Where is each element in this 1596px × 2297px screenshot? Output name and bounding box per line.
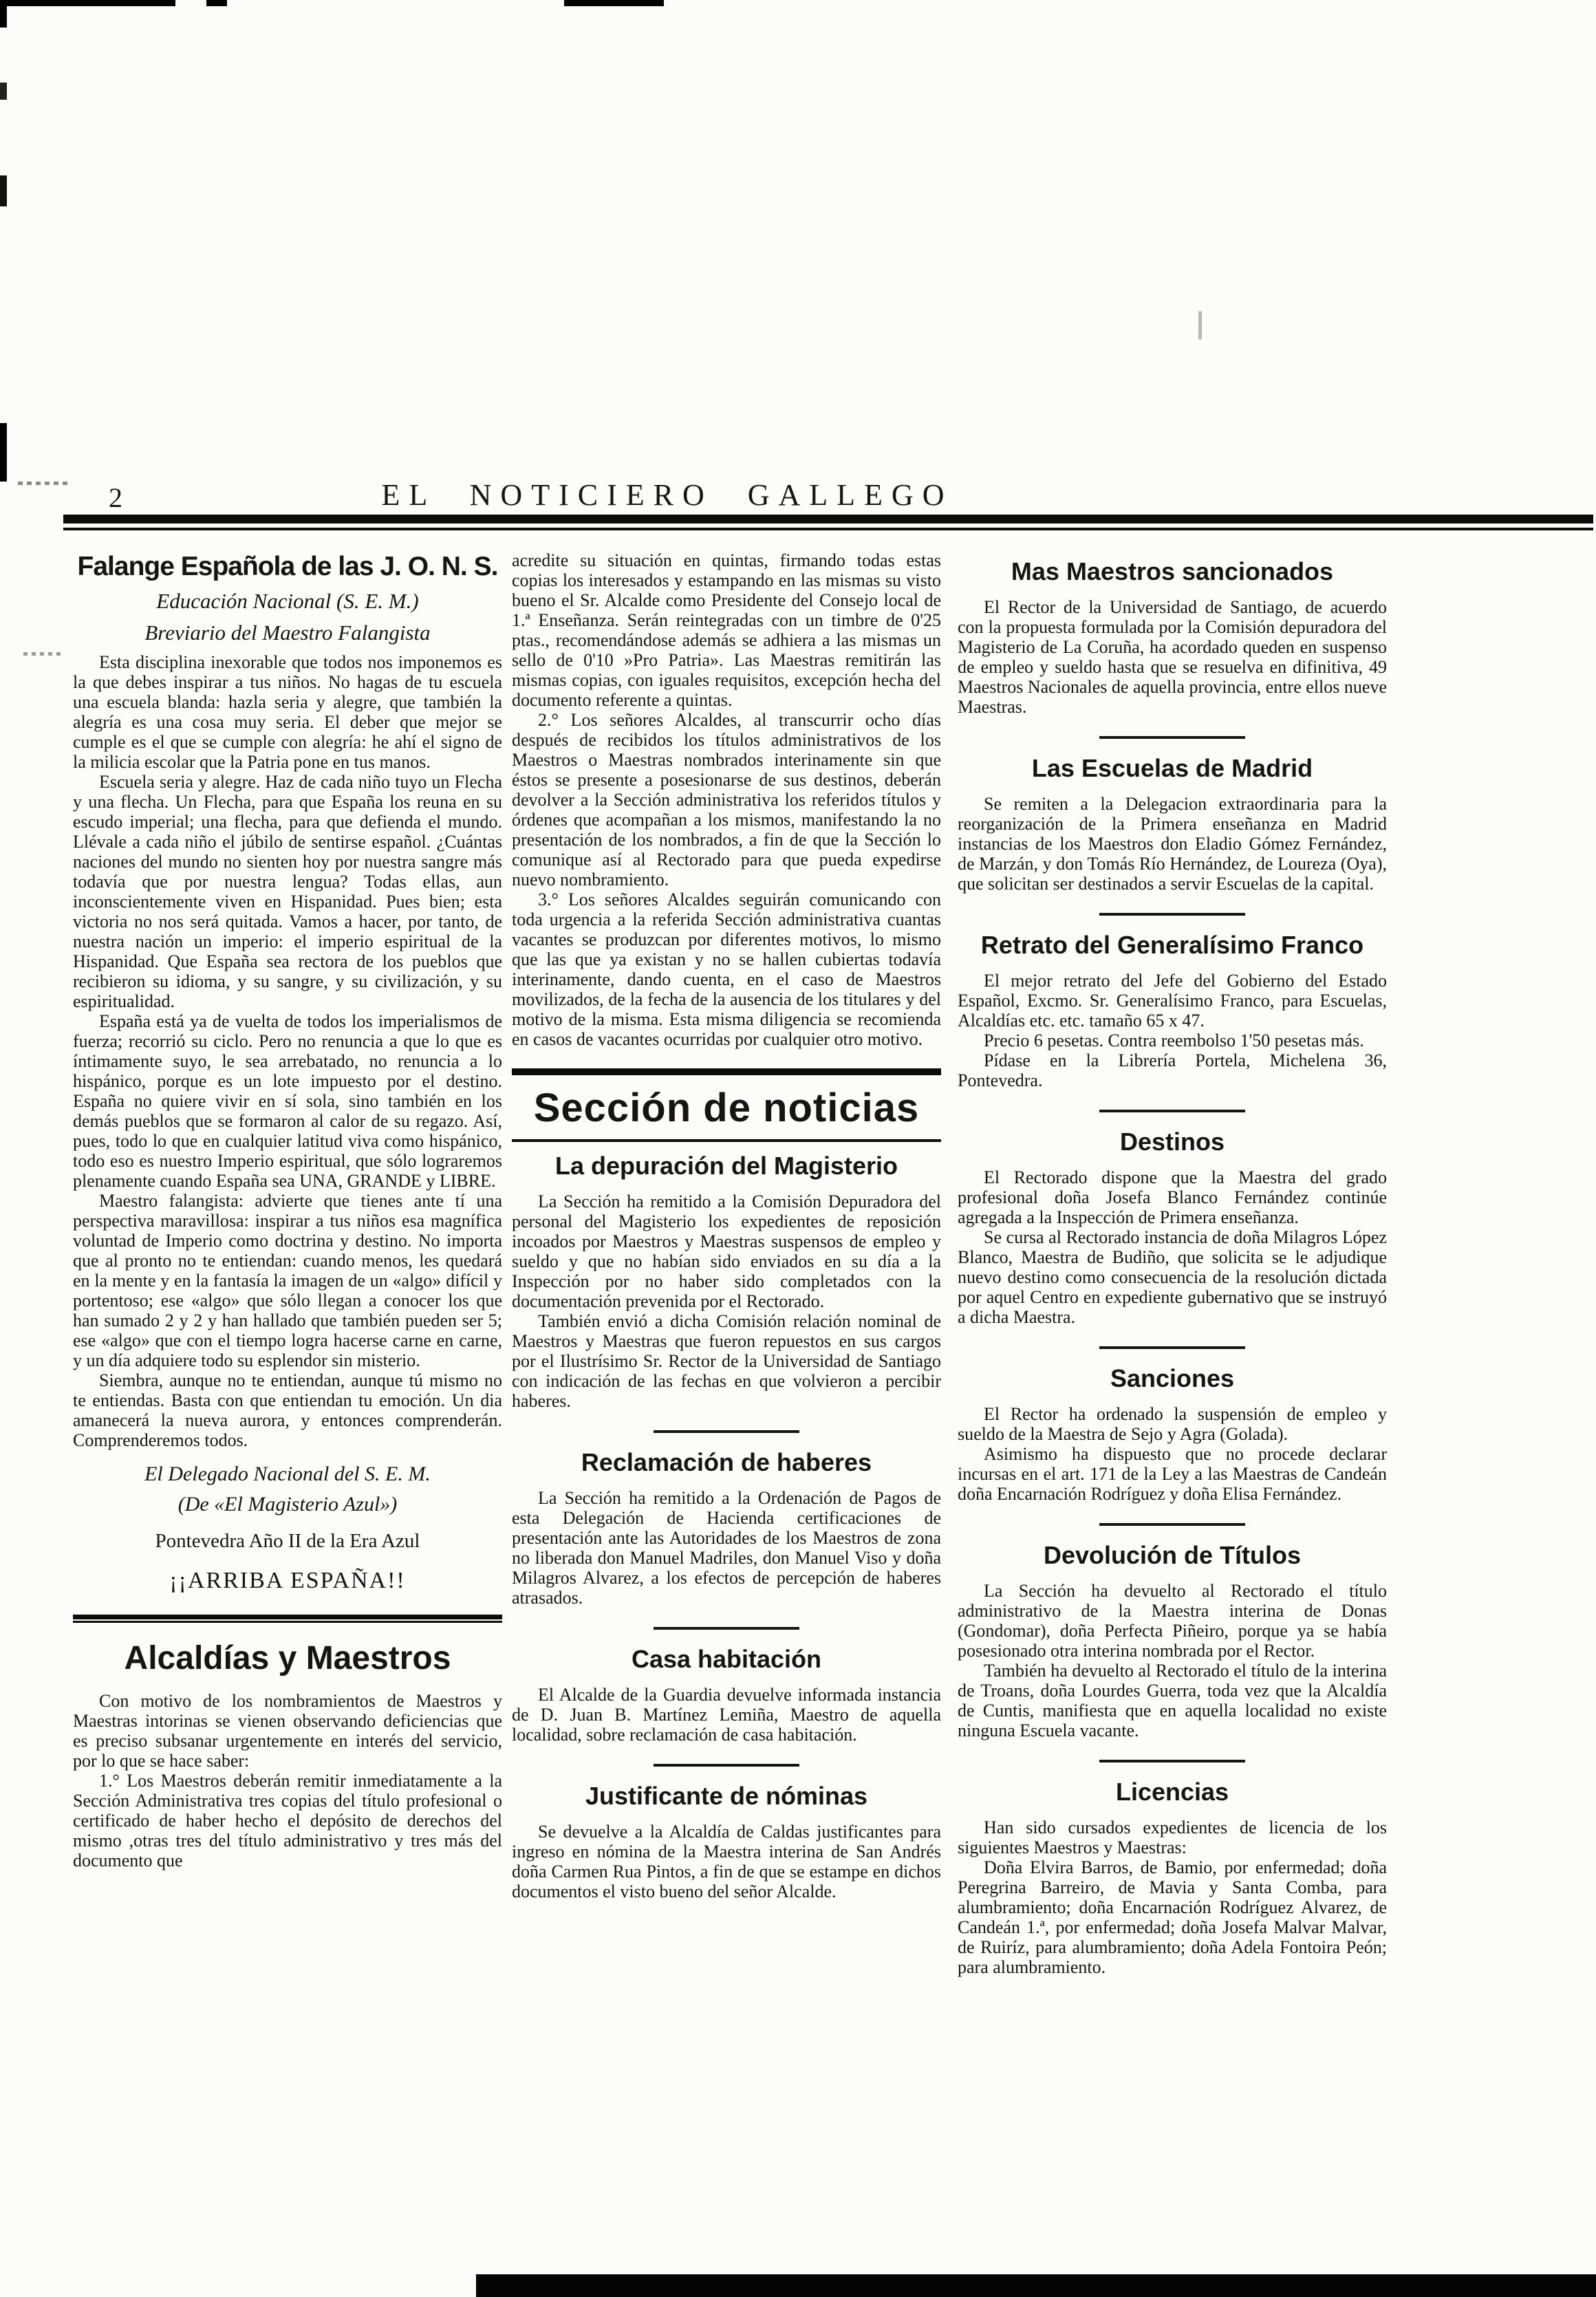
news-paragraph: Han sido cursados expedientes de licenci…	[958, 1818, 1387, 1857]
masthead-title: EL NOTICIERO GALLEGO	[65, 477, 1269, 513]
news-paragraph: El Alcalde de la Guardia devuelve inform…	[512, 1685, 941, 1745]
article-title-falange: Falange Española de las J. O. N. S.	[73, 552, 502, 582]
scan-edge-artifact-top	[0, 0, 1596, 6]
column-2: acredite su situación en quintas, firman…	[512, 550, 941, 1901]
news-paragraph: Precio 6 pesetas. Contra reembolso 1'50 …	[958, 1031, 1387, 1050]
scan-edge-artifact-left	[0, 0, 7, 523]
news-paragraph: También envió a dicha Comisión relación …	[512, 1311, 941, 1411]
news-title-destinos: Destinos	[958, 1128, 1387, 1156]
news-paragraph: También ha devuelto al Rectorado el títu…	[958, 1661, 1387, 1740]
section-divider	[654, 1764, 799, 1767]
article-paragraph: 3.° Los señores Alcaldes seguirán comuni…	[512, 889, 941, 1049]
masthead-rule	[63, 515, 1593, 530]
section-divider	[1099, 736, 1245, 739]
section-divider	[1099, 1523, 1245, 1526]
news-title-retrato-franco: Retrato del Generalísimo Franco	[958, 931, 1387, 960]
news-paragraph: Se devuelve a la Alcaldía de Caldas just…	[512, 1822, 941, 1901]
article-paragraph: 2.° Los señores Alcaldes, al transcurrir…	[512, 710, 941, 889]
article-subtitle: Educación Nacional (S. E. M.)	[73, 589, 502, 614]
article-dateline: Pontevedra Año II de la Era Azul	[73, 1530, 502, 1553]
column-1: Falange Española de las J. O. N. S. Educ…	[73, 550, 502, 1870]
section-divider-double	[73, 1615, 502, 1623]
article-title-alcaldias: Alcaldías y Maestros	[73, 1639, 502, 1677]
scan-dotted-mark	[23, 652, 63, 656]
news-title-sanciones: Sanciones	[958, 1364, 1387, 1393]
scan-bottom-bar	[476, 2274, 1596, 2297]
news-title-justificante: Justificante de nóminas	[512, 1782, 941, 1811]
news-paragraph: La Sección ha remitido a la Comisión Dep…	[512, 1191, 941, 1311]
section-divider	[1099, 1110, 1245, 1112]
article-paragraph: Esta disciplina inexorable que todos nos…	[73, 652, 502, 772]
news-paragraph: Se remiten a la Delegacion extraordinari…	[958, 794, 1387, 894]
news-title-devolucion: Devolución de Títulos	[958, 1541, 1387, 1570]
section-divider	[654, 1430, 799, 1433]
article-signature-source: (De «El Magisterio Azul»)	[73, 1493, 502, 1516]
news-paragraph: La Sección ha remitido a la Ordenación d…	[512, 1488, 941, 1608]
news-paragraph: El mejor retrato del Jefe del Gobierno d…	[958, 971, 1387, 1031]
news-paragraph: La Sección ha devuelto al Rectorado el t…	[958, 1581, 1387, 1661]
news-title-casa: Casa habitación	[512, 1645, 941, 1674]
news-title-reclamacion: Reclamación de haberes	[512, 1448, 941, 1477]
news-title-depuracion: La depuración del Magisterio	[512, 1152, 941, 1180]
article-paragraph: Maestro falangista: advierte que tienes …	[73, 1191, 502, 1370]
article-subtitle: Breviario del Maestro Falangista	[73, 621, 502, 645]
news-title-licencias: Licencias	[958, 1778, 1387, 1807]
news-paragraph: Doña Elvira Barros, de Bamio, por enferm…	[958, 1857, 1387, 1977]
scan-smudge	[1198, 311, 1202, 340]
news-paragraph: Asimismo ha dispuesto que no procede dec…	[958, 1444, 1387, 1504]
scan-dotted-mark	[18, 482, 70, 485]
section-divider	[1099, 913, 1245, 916]
article-paragraph: Con motivo de los nombramientos de Maest…	[73, 1691, 502, 1771]
news-paragraph: Se cursa al Rectorado instancia de doña …	[958, 1227, 1387, 1327]
section-divider	[654, 1627, 799, 1630]
article-signature: El Delegado Nacional del S. E. M.	[73, 1463, 502, 1486]
article-paragraph: Siembra, aunque no te entiendan, aunque …	[73, 1370, 502, 1450]
column-3: Mas Maestros sancionados El Rector de la…	[958, 550, 1387, 1977]
section-banner-title: Sección de noticias	[512, 1085, 941, 1131]
article-paragraph: Escuela seria y alegre. Haz de cada niño…	[73, 772, 502, 1011]
news-paragraph: El Rector de la Universidad de Santiago,…	[958, 597, 1387, 717]
news-paragraph: Pídase en la Librería Portela, Michelena…	[958, 1050, 1387, 1090]
article-paragraph-continuation: acredite su situación en quintas, firman…	[512, 550, 941, 710]
news-paragraph: El Rectorado dispone que la Maestra del …	[958, 1167, 1387, 1227]
section-banner: Sección de noticias	[512, 1068, 941, 1142]
news-paragraph: El Rector ha ordenado la suspensión de e…	[958, 1404, 1387, 1444]
news-title-sancionados: Mas Maestros sancionados	[958, 557, 1387, 586]
article-paragraph: 1.° Los Maestros deberán remitir inmedia…	[73, 1771, 502, 1870]
section-divider	[1099, 1346, 1245, 1349]
article-slogan: ¡¡ARRIBA ESPAÑA!!	[73, 1568, 502, 1594]
section-divider	[1099, 1760, 1245, 1762]
article-paragraph: España está ya de vuelta de todos los im…	[73, 1011, 502, 1191]
news-title-escuelas-madrid: Las Escuelas de Madrid	[958, 754, 1387, 783]
newspaper-page: 2 EL NOTICIERO GALLEGO Falange Española …	[0, 0, 1596, 2297]
